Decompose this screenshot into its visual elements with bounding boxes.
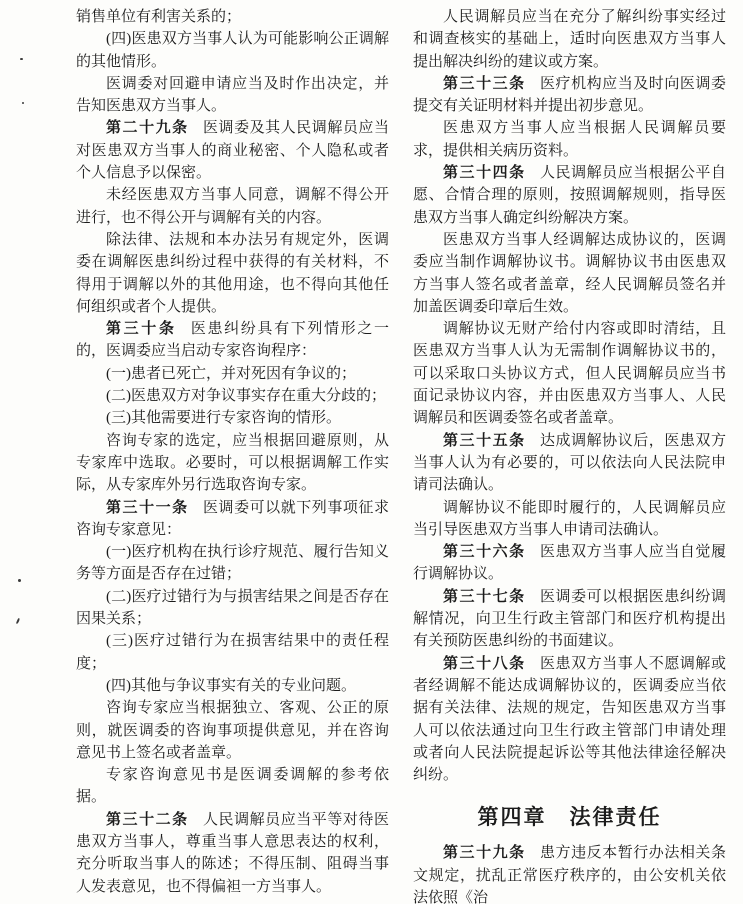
paragraph-text: 人民调解员应当在充分了解纠纷事实经过和调查核实的基础上，适时向医患双方当事人提出… [413,9,726,70]
paragraph: (二)医疗过错行为与损害结果之间是否存在因果关系； [76,586,389,631]
paragraph: 调解协议不能即时履行的，人民调解员应当引导医患双方当事人申请司法确认。 [413,497,726,542]
left-column: 销售单位有利害关系的；(四)医患双方当事人认为可能影响公正调解的其他情形。医调委… [76,6,389,904]
article-number: 第三十三条 [443,76,526,92]
document-page: 销售单位有利害关系的；(四)医患双方当事人认为可能影响公正调解的其他情形。医调委… [0,0,743,904]
paragraph-text: (三)其他需要进行专家咨询的情形。 [106,410,341,426]
article-paragraph: 第三十二条人民调解员应当平等对待医患双方当事人，尊重当事人意思表达的权利，充分听… [76,809,389,898]
paragraph-text: 销售单位有利害关系的； [76,9,241,25]
chapter-title-text: 第四章 法律责任 [478,805,662,829]
article-paragraph: 第三十五条达成调解协议后，医患双方当事人认为有必要的，可以依法向人民法院申请司法… [413,430,726,497]
paragraph: (四)医患双方当事人认为可能影响公正调解的其他情形。 [76,28,389,73]
article-number: 第三十五条 [443,433,526,449]
paragraph-text: 除法律、法规和本办法另有规定外，医调委在调解医患纠纷过程中获得的有关材料，不得用… [76,232,389,315]
article-number: 第三十九条 [443,845,526,861]
paragraph: 调解协议无财产给付内容或即时清结，且医患双方当事人认为无需制作调解协议书的，可以… [413,318,726,429]
paragraph-text: 咨询专家的选定，应当根据回避原则，从专家库中选取。必要时，可以根据调解工作实际，… [76,433,389,494]
paragraph-text: 调解协议不能即时履行的，人民调解员应当引导医患双方当事人申请司法确认。 [413,500,726,538]
article-paragraph: 第三十三条医疗机构应当及时向医调委提交有关证明材料并提出初步意见。 [413,73,726,118]
paragraph-text: 医患双方当事人经调解达成协议的，医调委应当制作调解协议书。调解协议书由医患双方当… [413,232,726,315]
article-paragraph: 第三十四条人民调解员应当根据公平自愿、合情合理的原则，按照调解规则，指导医患双方… [413,162,726,229]
paragraph-text: (二)医疗过错行为与损害结果之间是否存在因果关系； [76,589,389,627]
paragraph-text: (四)其他与争议事实有关的专业问题。 [106,678,356,694]
article-paragraph: 第三十七条医调委可以根据医患纠纷调解情况，向卫生行政主管部门和医疗机构提出有关预… [413,586,726,653]
paragraph: 咨询专家的选定，应当根据回避原则，从专家库中选取。必要时，可以根据调解工作实际，… [76,430,389,497]
article-number: 第三十七条 [443,589,526,605]
scan-speck [22,102,24,104]
paragraph-text: (二)医患双方对争议事实存在重大分歧的； [106,388,386,404]
paragraph-text: 咨询专家应当根据独立、客观、公正的原则，就医调委的咨询事项提供意见，并在咨询意见… [76,700,389,761]
paragraph: 除法律、法规和本办法另有规定外，医调委在调解医患纠纷过程中获得的有关材料，不得用… [76,229,389,318]
chapter-heading: 第四章 法律责任 [413,802,726,832]
paragraph-text: 未经医患双方当事人同意，调解不得公开进行，也不得公开与调解有关的内容。 [76,187,389,225]
article-number: 第三十四条 [443,165,526,181]
two-column-text-area: 销售单位有利害关系的；(四)医患双方当事人认为可能影响公正调解的其他情形。医调委… [76,6,726,904]
paragraph-text: (四)医患双方当事人认为可能影响公正调解的其他情形。 [76,31,389,69]
scan-speck [18,579,21,582]
paragraph-text: 医患双方当事人不愿调解或者经调解不能达成调解协议的，医调委应当依据有关法律、法规… [413,656,726,783]
paragraph: 未经医患双方当事人同意，调解不得公开进行，也不得公开与调解有关的内容。 [76,184,389,229]
paragraph-text: 调解协议无财产给付内容或即时清结，且医患双方当事人认为无需制作调解协议书的，可以… [413,321,726,426]
paragraph: 销售单位有利害关系的； [76,6,389,28]
paragraph-text: 医调委对回避申请应当及时作出决定，并告知医患双方当事人。 [76,76,389,114]
paragraph-text: (一)患者已死亡，并对死因有争议的； [106,366,356,382]
paragraph: (二)医患双方对争议事实存在重大分歧的； [76,385,389,407]
paragraph-text: (三)医疗过错行为在损害结果中的责任程度； [76,633,389,671]
paragraph: (一)患者已死亡，并对死因有争议的； [76,363,389,385]
paragraph-text: 专家咨询意见书是医调委调解的参考依据。 [76,767,389,805]
article-paragraph: 第三十一条医调委可以就下列事项征求咨询专家意见： [76,497,389,542]
article-paragraph: 第三十条医患纠纷具有下列情形之一的，医调委应当启动专家咨询程序： [76,318,389,363]
article-number: 第三十八条 [443,656,526,672]
paragraph: (一)医疗机构在执行诊疗规范、履行告知义务等方面是否存在过错； [76,541,389,586]
paragraph: (三)医疗过错行为在损害结果中的责任程度； [76,630,389,675]
paragraph-text: 医患双方当事人应当根据人民调解员要求，提供相关病历资料。 [413,120,726,158]
paragraph: 医患双方当事人经调解达成协议的，医调委应当制作调解协议书。调解协议书由医患双方当… [413,229,726,318]
article-number: 第三十条 [106,321,177,337]
article-number: 第二十九条 [106,120,189,136]
article-paragraph: 第三十六条医患双方当事人应当自觉履行调解协议。 [413,541,726,586]
paragraph: 咨询专家应当根据独立、客观、公正的原则，就医调委的咨询事项提供意见，并在咨询意见… [76,697,389,764]
paragraph: 医调委对回避申请应当及时作出决定，并告知医患双方当事人。 [76,73,389,118]
scan-speck [20,58,23,60]
scan-speck [16,618,20,624]
paragraph-text: (一)医疗机构在执行诊疗规范、履行告知义务等方面是否存在过错； [76,544,389,582]
article-paragraph: 第二十九条医调委及其人民调解员应当对医患双方当事人的商业秘密、个人隐私或者个人信… [76,117,389,184]
paragraph: 人民调解员应当在充分了解纠纷事实经过和调查核实的基础上，适时向医患双方当事人提出… [413,6,726,73]
paragraph: 医患双方当事人应当根据人民调解员要求，提供相关病历资料。 [413,117,726,162]
article-paragraph: 第三十八条医患双方当事人不愿调解或者经调解不能达成调解协议的，医调委应当依据有关… [413,653,726,787]
article-number: 第三十六条 [443,544,526,560]
paragraph: 专家咨询意见书是医调委调解的参考依据。 [76,764,389,809]
article-paragraph: 第三十九条患方违反本暂行办法相关条文规定，扰乱正常医疗秩序的，由公安机关依法依照… [413,842,726,904]
article-number: 第三十二条 [106,812,189,828]
paragraph: (三)其他需要进行专家咨询的情形。 [76,407,389,429]
right-column: 人民调解员应当在充分了解纠纷事实经过和调查核实的基础上，适时向医患双方当事人提出… [413,6,726,904]
article-number: 第三十一条 [106,500,189,516]
paragraph: (四)其他与争议事实有关的专业问题。 [76,675,389,697]
